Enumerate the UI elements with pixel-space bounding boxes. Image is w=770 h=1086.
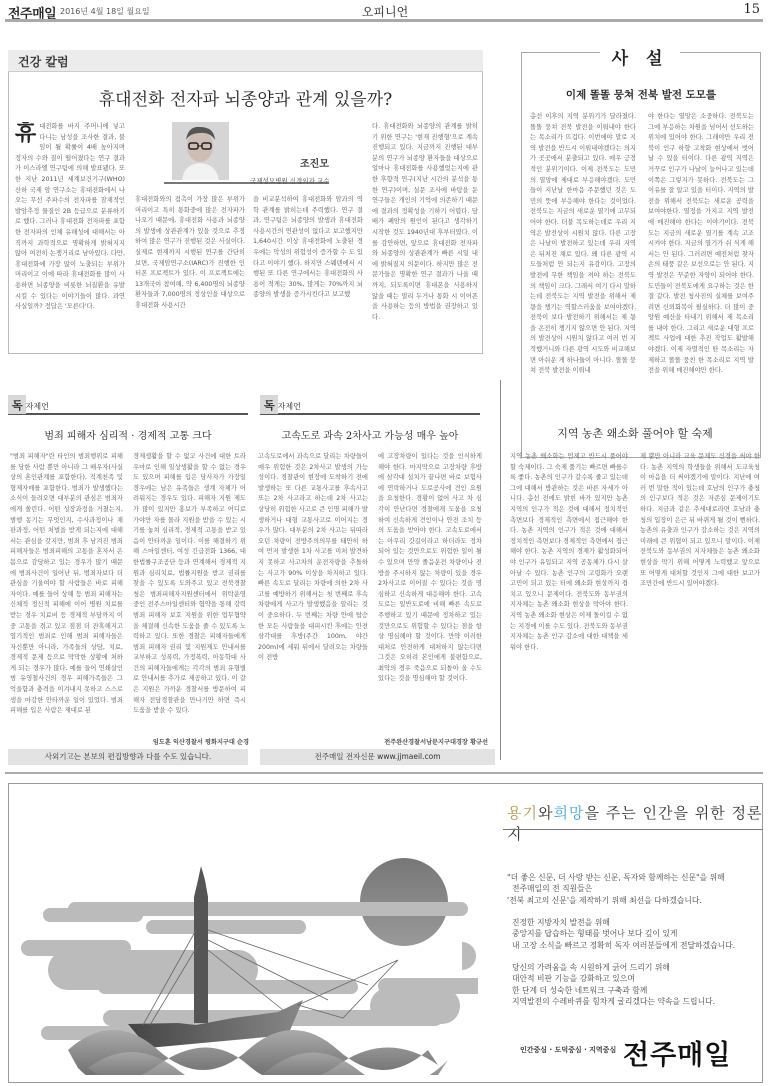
health-column-text-1: 휴 대전화를 바지 주머니에 넣고 다니는 남성을 조사한 결과, 불임이 될 … <box>15 122 125 348</box>
ad-rule <box>503 829 763 830</box>
slogan-courage: 용기 <box>507 804 538 822</box>
section-title: 오피니언 <box>0 3 770 20</box>
ad-paragraph-3: 당신의 가려움을 속 시원하게 긁어 드리기 위해 대안적 비판 기능을 강화하… <box>507 962 715 1008</box>
ad-motto: 인간중심 · 도덕중심 · 지역중심 <box>520 1045 616 1055</box>
author-title: 국제성모병원 신경외과 교수 <box>250 176 329 185</box>
health-column-text-3: 을 비교분석하여 휴대전화와 암과의 역학 관계를 밝히는데 주력했다. 연구 … <box>253 195 363 348</box>
letter-1-text-1: "범죄 피해자"란 타인의 범죄행위로 피해를 당한 사람 뿐만 아니라 그 배… <box>10 452 123 741</box>
letter-1-byline: 임도훈 익산경찰서 평화지구대 순경 <box>133 737 249 746</box>
author-photo <box>172 122 229 180</box>
health-column-title: 휴대전화 전자파 뇌종양과 관계 있을까? <box>8 85 483 110</box>
ad-separator-rule <box>5 772 763 774</box>
editorial-title: 이제 똘똘 뭉쳐 전북 발전 도모를 <box>521 87 761 102</box>
ad-slogan: 용기와희망을 주는 인간을 위한 정론지 <box>507 802 770 844</box>
reader-tag-first-char: 독 <box>260 395 278 414</box>
health-column-label: 건강 칼럼 <box>8 50 483 72</box>
reader-column-tag-1: 독자제언 <box>8 395 248 415</box>
author-name: 조진모 <box>300 155 329 170</box>
dropcap: 휴 <box>15 122 36 144</box>
reader-tag-rest: 자제언 <box>26 402 49 411</box>
feature-title: 지역 농촌 왜소화 풀어야 할 숙제 <box>505 425 765 441</box>
ad-brand-logo: 전주매일 <box>623 1033 731 1072</box>
feature-text-2: 제 뿐만 아니라 교육 문제도 신경을 써야 한다. 농촌 지역의 학생들을 위… <box>640 452 760 752</box>
website-bar: 전주매일 전자신문 www.jjmaeil.com <box>260 749 495 765</box>
ad-paragraph-1: "더 좋은 신문, 더 사랑 받는 신문, 독자와 함께하는 신문"을 위해 전… <box>507 872 725 906</box>
slogan-and: 와 <box>538 804 554 822</box>
health-column-text-2: 휴대전화와의 접촉이 가장 많은 부위가 머리이고 특히 통화중에 많은 전자파… <box>135 195 245 348</box>
feature-text-1: 지역 농촌 왜소화는 언제고 반드시 풀어야 할 숙제이다. 그 숙제 풀기는 … <box>510 452 628 752</box>
editorial-label: 사 설 <box>600 44 680 69</box>
letter-2-title: 고속도로 과속 2차사고 가능성 매우 높아 <box>255 427 485 442</box>
page-number: 15 <box>743 2 760 17</box>
letter-2-byline: 전주완산경찰서남문지구대경장 황규선 <box>370 737 488 746</box>
slogan-hope: 희망 <box>553 804 584 822</box>
editorial-text-2: 야 한다는 열망은 소중하다. 전북도는 그에 부응하는 차원을 넘어서 선도하… <box>648 112 754 444</box>
disclaimer-bar: 사외기고는 본보의 편집방향과 다를 수도 있습니다. <box>8 749 248 765</box>
reader-column-tag-2: 독자제언 <box>260 395 480 415</box>
portrait-image <box>172 122 229 180</box>
letter-2-text-2: 에 고장차량이 있다는 것을 인식하게 해야 한다. 마지막으로 고장차량 후방… <box>378 452 482 730</box>
letter-2-text-1: 고속도로에서 과속으로 달리는 차량들이 매우 위험한 것은 2차사고 발생의 … <box>258 452 368 741</box>
health-column-text-4: 다. 휴대전화와 뇌종양의 관계를 밝히기 위한 연구는 '현재 진행형'으로 … <box>372 122 478 348</box>
reader-tag-rest: 자제언 <box>278 402 301 411</box>
editorial-text-1: 총선 이후의 지역 분위기가 달라졌다. 똘똘 뭉쳐 전북 발전을 이뤄내야 한… <box>530 112 636 444</box>
mast-icon <box>194 866 208 1023</box>
masthead-rule <box>5 19 763 22</box>
letter-1-text-2: 경제생활을 할 수 없고 사건에 대한 트라우마로 인해 일상생활을 할 수 없… <box>133 452 246 730</box>
column-divider <box>500 380 501 760</box>
ad-paragraph-2: 진정한 지방자치 발전을 위해 중앙지를 답습하는 형태를 벗어나 보다 깊이 … <box>507 917 735 951</box>
sailing-ship-icon <box>18 820 478 1075</box>
ship-illustration <box>18 820 478 1075</box>
letter-1-title: 범죄 피해자 심리적 · 경제적 고통 크다 <box>8 427 248 442</box>
reader-tag-first-char: 독 <box>8 395 26 414</box>
